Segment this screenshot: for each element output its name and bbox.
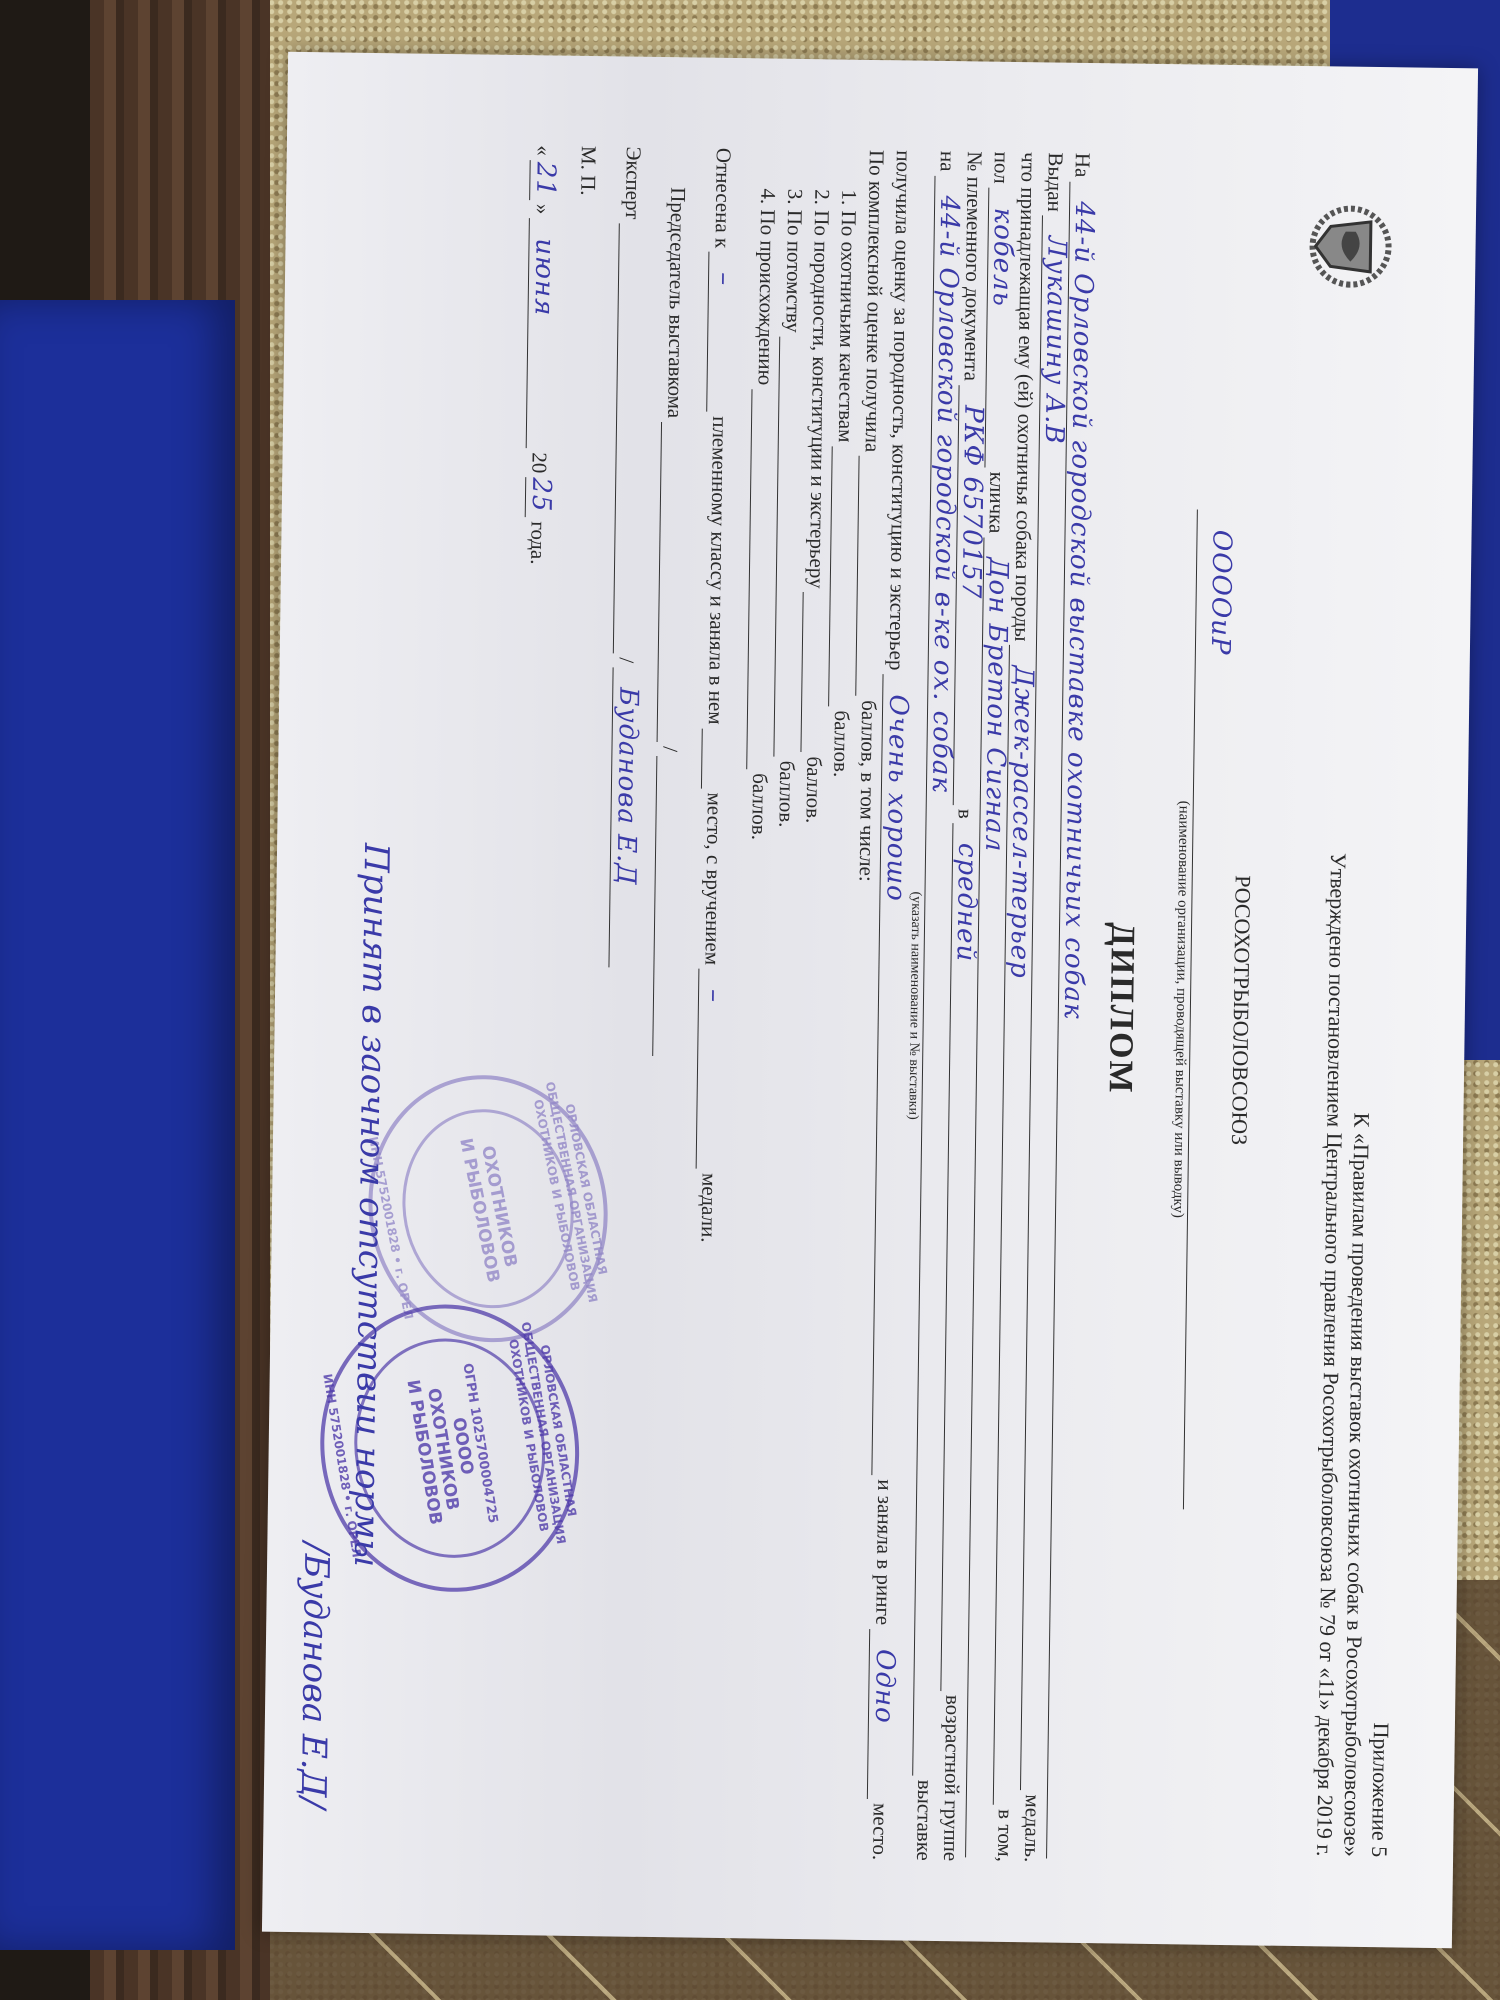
organization-handwritten: ООООиР (1194, 530, 1238, 656)
label-medal: медаль. (1019, 1794, 1046, 1862)
score-field-4[interactable] (747, 389, 775, 769)
label-na: На (1070, 153, 1097, 178)
handwritten-signature: /Буданова Е.Д/ (291, 1542, 337, 1809)
class-place-field[interactable] (701, 728, 725, 788)
class-medal-field[interactable]: – (696, 969, 722, 1169)
chairman-name-field[interactable] (653, 756, 680, 1056)
label-exhibition: выставке (911, 1780, 938, 1861)
score-field-1[interactable] (829, 446, 856, 706)
label-v-tom: в том, (992, 1809, 1019, 1862)
label-age-group: возрастной группе (938, 1695, 967, 1862)
expert-signature-field[interactable]: подпись (613, 223, 642, 653)
label-complex: По комплексной оценке получила (859, 150, 889, 453)
label-class: Отнесена к (709, 148, 737, 249)
complex-score-field[interactable] (856, 456, 882, 696)
score-field-2[interactable] (801, 592, 826, 752)
label-sex: пол (988, 152, 1015, 184)
organization-block: РОСОХОТРЫБОЛОВСОЮЗ ООООиР (наименование … (1087, 153, 1267, 1865)
appendix-header: Приложение 5 К «Правилам проведения выст… (1311, 853, 1408, 1858)
label-issued: Выдан (1042, 152, 1069, 212)
label-ring: и заняла в ринге (870, 1479, 898, 1625)
label-v: в (953, 809, 979, 819)
class-field[interactable]: – (707, 252, 732, 412)
label-seal-place: М. П. (575, 146, 602, 196)
label-na-2: на (935, 151, 962, 172)
emblem-icon (1305, 196, 1396, 297)
label-class-suffix: место, с вручением (699, 792, 728, 965)
chairman-signature-field[interactable] (657, 422, 684, 742)
blue-folder (0, 300, 235, 1950)
diploma-sheet: Приложение 5 К «Правилам проведения выст… (262, 52, 1478, 1948)
label-medal-suffix: медали. (695, 1173, 722, 1243)
label-expert: Эксперт (619, 146, 646, 219)
organization-name: РОСОХОТРЫБОЛОВСОЮЗ (1215, 155, 1266, 1865)
label-place: место. (866, 1803, 893, 1860)
label-complex-suffix: баллов, в том числе: (853, 700, 882, 882)
label-class-mid: племенному классу и заняла в нем (702, 416, 733, 725)
date-month-field[interactable]: июня (526, 218, 552, 448)
document-sheet-wrapper: Приложение 5 К «Правилам проведения выст… (250, 20, 1490, 1980)
date-day-field[interactable]: 21 (530, 160, 554, 200)
expert-name-field[interactable]: Буданова Е.Д (609, 667, 636, 967)
ring-place-field[interactable]: Одно (867, 1629, 892, 1799)
date-year-field[interactable]: 25 (525, 477, 549, 517)
label-chairman: Председатель выставкома (662, 187, 691, 418)
diploma-form: На 44-й Орловской городской выставке охо… (507, 145, 1097, 1863)
